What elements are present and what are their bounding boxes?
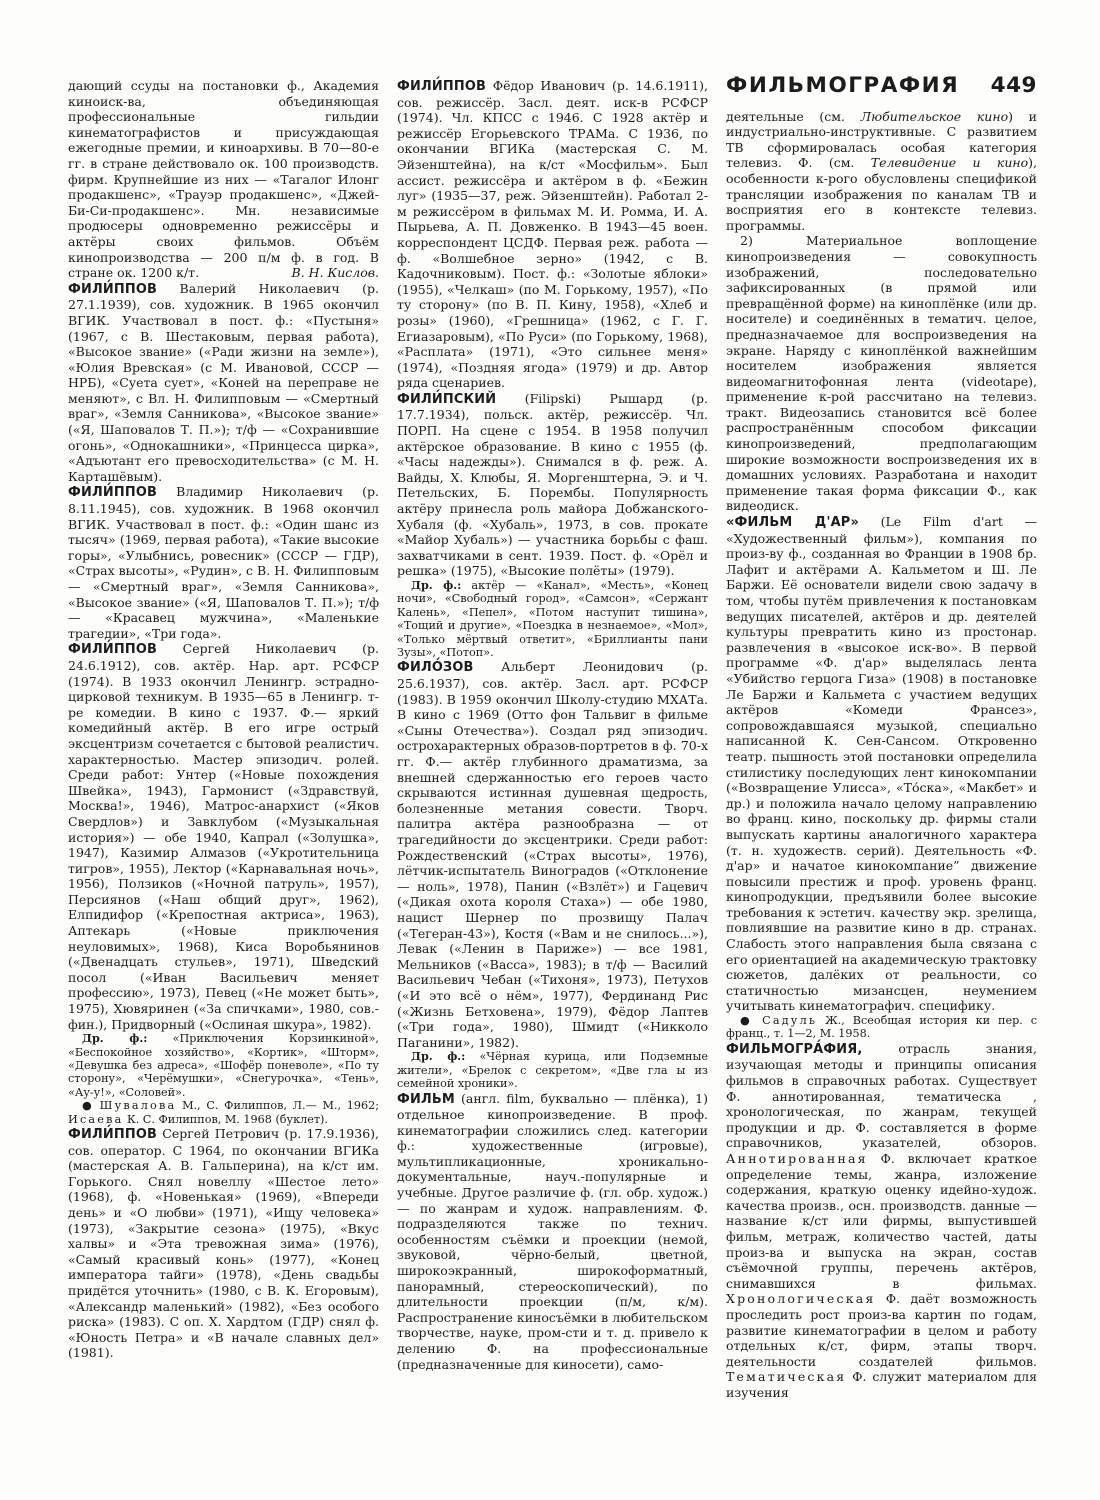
text-run: ● <box>740 1014 762 1027</box>
running-head-title: ФИЛЬМОГРАФИЯ <box>726 78 959 94</box>
entry-paragraph: ФИЛИ́ППОВ Сергей Петрович (р. 17.9.1936)… <box>68 1126 379 1361</box>
text-run: Валерий Николаевич (р. 27.1.1939), сов. … <box>68 281 379 484</box>
author-signature: В. Н. Кислов. <box>292 265 379 281</box>
entry-paragraph: ФИЛИ́ППОВ Валерий Николаевич (р. 27.1.19… <box>68 281 379 485</box>
page-number: 449 <box>991 78 1037 94</box>
entry-headword: ФИЛЬМОГРА́ФИЯ, <box>726 1042 863 1057</box>
entry-paragraph: ФИЛИ́ППОВ Владимир Николаевич (р. 8.11.1… <box>68 484 379 641</box>
column-2: ФИЛИ́ППОВ Фёдор Иванович (р. 14.6.1911),… <box>397 78 708 1470</box>
entry-headword: ФИЛИ́ППОВ <box>68 1127 157 1142</box>
text-run: К. С. Филиппов, М. 1968 (буклет). <box>123 1113 327 1126</box>
letterspaced-run: Садуль <box>762 1014 817 1027</box>
running-head: ФИЛЬМОГРАФИЯ 449 <box>726 78 1037 94</box>
paragraph: Др. ф.: «Приключения Корзинкиной», «Бесп… <box>68 1032 379 1099</box>
entry-paragraph: ФИЛИ́ПСКИЙ (Filipski) Рышард (р. 17.7.19… <box>397 391 708 579</box>
text-run: Сергей Николаевич (р. 24.6.1912), сов. а… <box>68 641 379 1031</box>
bibliography-paragraph: ● Шувалова М., С. Филиппов, Л.— М., 1962… <box>68 1099 379 1126</box>
letterspaced-run: Исаева <box>68 1113 123 1126</box>
entry-paragraph: ФИЛИ́ППОВ Фёдор Иванович (р. 14.6.1911),… <box>397 78 708 391</box>
text-run: дающий ссуды на постановки ф., Академия … <box>68 78 379 280</box>
text-run: Ф. включает краткое определение темы, жа… <box>726 1151 1037 1291</box>
paragraph: дающий ссуды на постановки ф., Академия … <box>68 78 379 281</box>
letterspaced-run: Хронологическая <box>726 1291 875 1306</box>
text-run: М., С. Филиппов, Л.— М., 1962; <box>176 1099 379 1112</box>
paragraph: деятельные (см. Любительское кино) и инд… <box>726 109 1037 234</box>
entry-headword: ФИЛИ́ППОВ <box>68 485 157 500</box>
entry-paragraph: ФИЛИ́ППОВ Сергей Николаевич (р. 24.6.191… <box>68 641 379 1032</box>
text-run: Владимир Николаевич (р. 8.11.1945), сов.… <box>68 484 379 640</box>
text-run: Альберт Леонидович (р. 25.6.1937), сов. … <box>397 659 708 1049</box>
bold-run: Др. ф.: <box>411 578 461 592</box>
text-run: деятельные (см. <box>726 109 861 124</box>
italic-run: Телевидение и кино <box>871 155 1028 170</box>
entry-paragraph: ФИЛЬМ (англ. film, буквально — плёнка), … <box>397 1091 708 1373</box>
text-run: отрасль знания, изучающая методы и принц… <box>726 1041 1037 1151</box>
bibliography-paragraph: ● Садуль Ж., Всеобщая история ки пер. с … <box>726 1014 1037 1041</box>
entry-headword: ФИЛЬМ <box>397 1092 455 1107</box>
paragraph: 2) Материальное воплощение кинопроизведе… <box>726 233 1037 514</box>
letterspaced-run: Аннотированная <box>726 1151 868 1166</box>
entry-headword: ФИЛИ́ПСКИЙ <box>397 392 496 407</box>
letterspaced-run: Шувалова <box>100 1099 177 1112</box>
entry-headword: ФИЛИ́ППОВ <box>68 282 157 297</box>
entry-headword: ФИЛИ́ППОВ <box>397 79 486 94</box>
text-run: 2) Материальное воплощение кинопроизведе… <box>726 233 1037 513</box>
bold-run: Др. ф.: <box>82 1031 147 1045</box>
encyclopedia-page: дающий ссуды на постановки ф., Академия … <box>0 0 1100 1500</box>
italic-run: Любительское кино <box>861 109 1008 124</box>
entry-headword: ФИЛО́ЗОВ <box>397 660 474 675</box>
entry-headword: ФИЛИ́ППОВ <box>68 642 157 657</box>
text-run: Фёдор Иванович (р. 14.6.1911), сов. режи… <box>397 78 708 390</box>
text-run: (англ. film, буквально — плёнка), 1) отд… <box>397 1091 708 1372</box>
text-run: (Filipski) Рышард (р. 17.7.1934), польск… <box>397 391 708 579</box>
column-1: дающий ссуды на постановки ф., Академия … <box>68 78 379 1470</box>
text-run: Сергей Петрович (р. 17.9.1936), сов. опе… <box>68 1126 379 1360</box>
paragraph: Др. ф.: «Чёрная курица, или Подземные жи… <box>397 1050 708 1090</box>
letterspaced-run: Тематическая <box>726 1369 846 1384</box>
entry-headword: «ФИЛЬМ Д'АР» <box>726 515 859 530</box>
entry-paragraph: ФИЛЬМОГРА́ФИЯ, отрасль знания, изучающая… <box>726 1041 1037 1401</box>
bold-run: Др. ф.: <box>411 1049 465 1063</box>
entry-paragraph: «ФИЛЬМ Д'АР» (Le Film d'art — «Художеств… <box>726 514 1037 1014</box>
text-run: (Le Film d'art — «Художественный фильм»)… <box>726 514 1037 1013</box>
paragraph: Др. ф.: актёр — «Канал», «Месть», «Конец… <box>397 579 708 659</box>
text-run: ● <box>82 1099 100 1112</box>
column-3: ФИЛЬМОГРАФИЯ 449 деятельные (см. Любител… <box>726 78 1037 1470</box>
entry-paragraph: ФИЛО́ЗОВ Альберт Леонидович (р. 25.6.193… <box>397 659 708 1050</box>
